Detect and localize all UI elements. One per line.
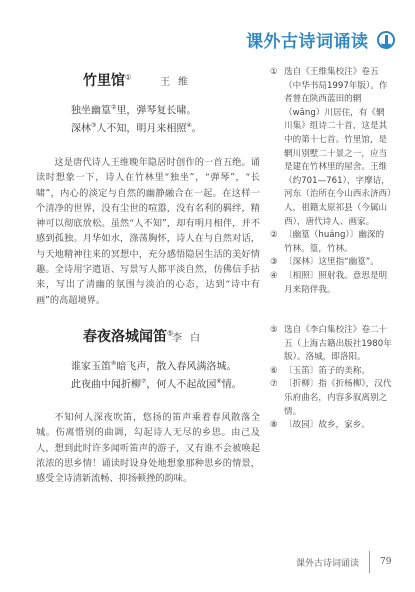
- section-title: 课外古诗词诵读: [246, 27, 369, 52]
- poem-author: 李白: [172, 329, 208, 344]
- footer-section: 课外古诗词诵读: [296, 556, 359, 569]
- poem-commentary: 这是唐代诗人王维晚年隐居时创作的一首五绝。诵读时想象一下，诗人在竹林里“独坐”，…: [36, 155, 260, 308]
- page-header: 课外古诗词诵读: [246, 27, 395, 52]
- footnote: ③〔深林〕这里指“幽篁”。: [270, 256, 392, 270]
- footer-divider: [369, 551, 370, 573]
- footnotes: ①选自《王维集校注》卷五（中华书局1997年版）。作者曾在陕西蓝田的辋（wǎng…: [270, 66, 392, 297]
- poem-title: 春夜洛城闻笛⑤: [83, 326, 173, 346]
- page-number: 79: [380, 557, 391, 567]
- footnote: ⑥〔玉笛〕笛子的美称。: [270, 365, 392, 379]
- footnote: ⑦〔折柳〕指《折杨柳》，汉代乐府曲名，内容多叙离别之情。: [270, 378, 392, 419]
- footnote: ⑧〔故园〕故乡，家乡。: [270, 419, 392, 433]
- verse-line: 此夜曲中闻折柳⑦，何人不起故园⑧情。: [71, 374, 242, 392]
- poem-verse: 独坐幽篁②里，弹琴复长啸。 深林③人不知，明月来相照④。: [71, 100, 202, 137]
- verse-line: 谁家玉笛⑥暗飞声，散入春风满洛城。: [71, 356, 242, 374]
- poem-author: 王维: [160, 73, 196, 88]
- footnote: ⑤选自《李白集校注》卷二十五（上海古籍出版社1980年版）。洛城，即洛阳。: [270, 324, 392, 365]
- verse-line: 独坐幽篁②里，弹琴复长啸。: [71, 100, 202, 118]
- poem-commentary: 不知何人深夜吹笛，悠扬的笛声乘着春风散落全城。伤离惜别的曲调，勾起诗人无尽的乡思…: [36, 410, 260, 486]
- poem-title: 竹里馆①: [83, 70, 131, 90]
- footnotes: ⑤选自《李白集校注》卷二十五（上海古籍出版社1980年版）。洛城，即洛阳。 ⑥〔…: [270, 324, 392, 433]
- anchor-icon: [377, 31, 395, 49]
- footnote: ②〔幽篁（huáng）〕幽深的竹林。篁，竹林。: [270, 229, 392, 256]
- verse-line: 深林③人不知，明月来相照④。: [71, 118, 202, 136]
- footnote: ①选自《王维集校注》卷五（中华书局1997年版）。作者曾在陕西蓝田的辋（wǎng…: [270, 66, 392, 229]
- page-footer: 课外古诗词诵读 79: [296, 551, 391, 573]
- poem-verse: 谁家玉笛⑥暗飞声，散入春风满洛城。 此夜曲中闻折柳⑦，何人不起故园⑧情。: [71, 356, 242, 393]
- footnote: ④〔相照〕照射我。意思是明月来陪伴我。: [270, 270, 392, 297]
